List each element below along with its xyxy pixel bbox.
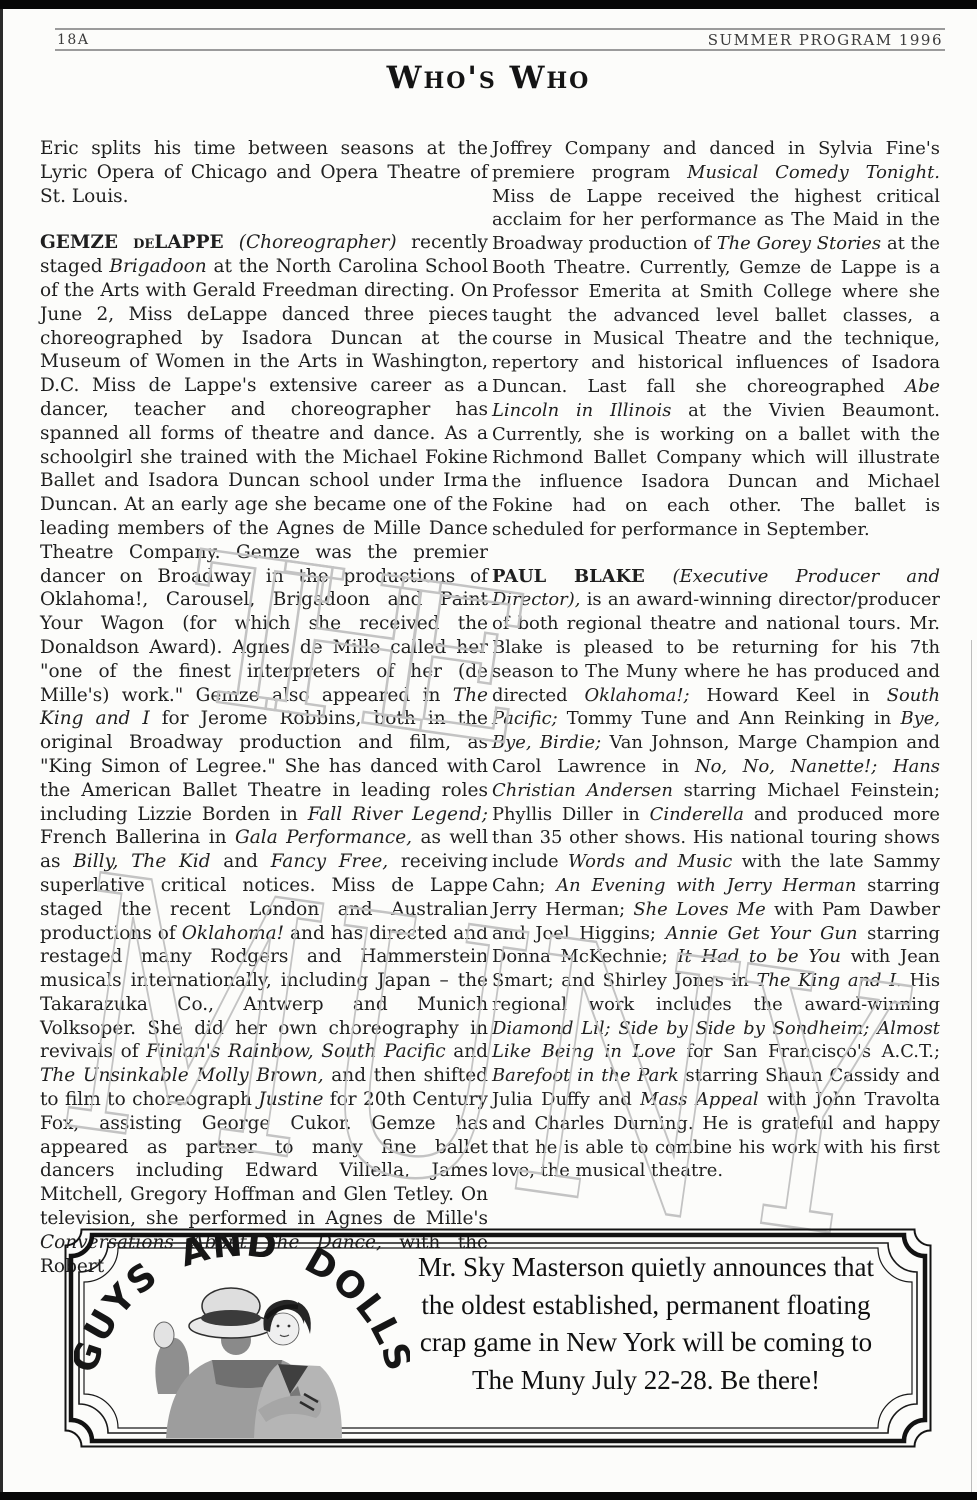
paragraph-paul-blake: PAUL BLAKE (Executive Producer and Direc… [492, 565, 940, 1184]
header-rule-bottom [55, 49, 945, 51]
scan-edge-bottom [0, 1492, 977, 1500]
header-rule-top [55, 28, 945, 30]
guys-and-dolls-ad: GUYS AND DOLLS [64, 1228, 932, 1449]
program-page: 18A SUMMER PROGRAM 1996 Who's Who Eric s… [0, 0, 977, 1500]
ad-line: the oldest established, permanent floati… [390, 1287, 902, 1325]
scan-edge-right [971, 640, 972, 1492]
page-title: Who's Who [0, 60, 977, 96]
ad-line: crap game in New York will be coming to [390, 1324, 902, 1362]
left-column: Eric splits his time between seasons at … [40, 137, 488, 1278]
right-column: Joffrey Company and danced in Sylvia Fin… [492, 137, 940, 1183]
paragraph-eric: Eric splits his time between seasons at … [40, 137, 488, 208]
ad-line: The Muny July 22-28. Be there! [390, 1362, 902, 1400]
paragraph-gemze-continued: Joffrey Company and danced in Sylvia Fin… [492, 137, 940, 542]
page-number: 18A [57, 32, 89, 48]
guys-and-dolls-logo: GUYS AND DOLLS [74, 1234, 410, 1442]
guys-and-dolls-illustration [154, 1288, 342, 1438]
scan-edge-top [0, 0, 977, 9]
paragraph-gemze-delappe: GEMZE deLAPPE (Choreographer) recently s… [40, 231, 488, 1278]
ad-copy: Mr. Sky Masterson quietly announces that… [390, 1249, 902, 1399]
header-program-title: SUMMER PROGRAM 1996 [708, 31, 943, 49]
ad-line: Mr. Sky Masterson quietly announces that [390, 1249, 902, 1287]
scan-edge-left [0, 9, 3, 1492]
